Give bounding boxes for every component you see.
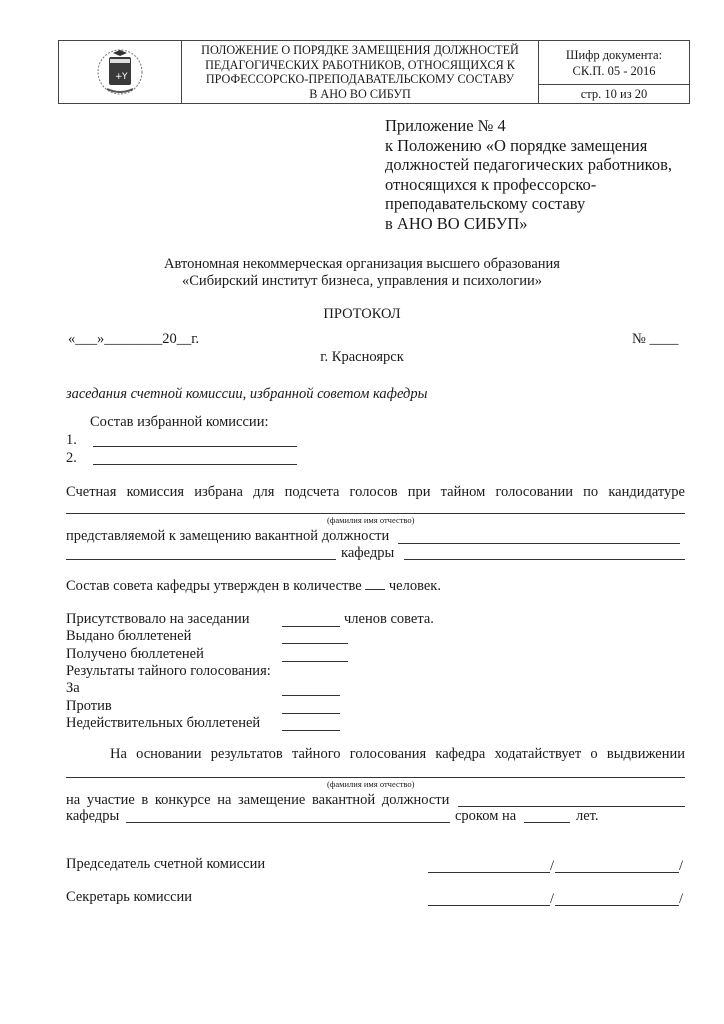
council-row-label: Получено бюллетеней [66, 646, 204, 663]
commission-member-number: 2. [66, 450, 77, 467]
council-count-field[interactable] [365, 588, 385, 590]
protocol-title: ПРОТОКОЛ [0, 306, 724, 323]
council-row-field[interactable] [282, 730, 340, 731]
department-field[interactable] [404, 559, 685, 560]
petition-department-field[interactable] [126, 822, 450, 823]
document-header: + Y ПОЛОЖЕНИЕ О ПОРЯДКЕ ЗАМЕЩЕНИЯ ДОЛЖНО… [58, 40, 690, 104]
position-field[interactable] [398, 543, 680, 544]
slash-separator: / [679, 891, 683, 908]
header-title-line: ПОЛОЖЕНИЕ О ПОРЯДКЕ ЗАМЕЩЕНИЯ ДОЛЖНОСТЕЙ [182, 43, 538, 58]
department-label: кафедры [341, 545, 394, 562]
header-title-line: ПРОФЕССОРСКО-ПРЕПОДАВАТЕЛЬСКОМУ СОСТАВУ [182, 72, 538, 87]
chairman-signature-field[interactable] [428, 872, 550, 873]
appendix-line: к Положению «О порядке замещения [385, 136, 672, 156]
council-row-label: Результаты тайного голосования: [66, 663, 271, 680]
commission-member-2-field[interactable] [93, 464, 297, 465]
appendix-line: должностей педагогических работников, [385, 155, 672, 175]
council-sentence-start: Состав совета кафедры утвержден в количе… [66, 578, 362, 594]
protocol-date-field[interactable]: «___»________20__г. [68, 331, 199, 348]
term-label: сроком на [455, 808, 516, 825]
council-row-field[interactable] [282, 661, 348, 662]
position-extra-field[interactable] [66, 559, 336, 560]
slash-separator: / [550, 858, 554, 875]
council-row-label: Против [66, 698, 112, 715]
logo-cell: + Y [59, 41, 182, 103]
header-title-line: ПЕДАГОГИЧЕСКИХ РАБОТНИКОВ, ОТНОСЯЩИХСЯ К [182, 58, 538, 73]
secretary-name-field[interactable] [555, 905, 679, 906]
slash-separator: / [679, 858, 683, 875]
secretary-signature-field[interactable] [428, 905, 550, 906]
election-sentence: Счетная комиссия избрана для подсчета го… [66, 484, 685, 501]
petition-sentence: На основании результатов тайного голосов… [66, 746, 685, 763]
organization-line-2: «Сибирский институт бизнеса, управления … [0, 273, 724, 290]
code-label: Шифр документа: [539, 47, 689, 63]
position-label: представляемой к замещению вакантной дол… [66, 528, 389, 545]
commission-member-number: 1. [66, 432, 77, 449]
code-value: СК.П. 05 - 2016 [539, 63, 689, 79]
contest-label: на участие в конкурсе на замещение вакан… [66, 792, 449, 809]
protocol-number-field[interactable]: № ____ [632, 331, 678, 348]
header-title: ПОЛОЖЕНИЕ О ПОРЯДКЕ ЗАМЕЩЕНИЯ ДОЛЖНОСТЕЙ… [182, 41, 539, 103]
slash-separator: / [550, 891, 554, 908]
council-row-suffix: членов совета. [344, 611, 434, 628]
council-row-field[interactable] [282, 695, 340, 696]
appendix-line: преподавательскому составу [385, 194, 672, 214]
nominee-fio-hint: (фамилия имя отчество) [327, 779, 414, 789]
term-years-field[interactable] [524, 822, 570, 823]
page-number: стр. 10 из 20 [539, 85, 689, 103]
appendix-line: Приложение № 4 [385, 116, 672, 136]
candidate-fio-field[interactable] [66, 513, 685, 514]
council-row-field[interactable] [282, 713, 340, 714]
header-title-line: В АНО ВО СИБУП [182, 87, 538, 102]
appendix-line: относящихся к профессорско- [385, 175, 672, 195]
chairman-name-field[interactable] [555, 872, 679, 873]
organization-line-1: Автономная некоммерческая организация вы… [0, 256, 724, 273]
council-sentence-end: человек. [389, 578, 441, 594]
council-row-label: Выдано бюллетеней [66, 628, 191, 645]
commission-label: Состав избранной комиссии: [90, 414, 268, 431]
nominee-fio-field[interactable] [66, 777, 685, 778]
years-label: лет. [576, 808, 599, 825]
protocol-city: г. Красноярск [0, 349, 724, 366]
svg-text:Y: Y [121, 72, 128, 82]
candidate-fio-hint: (фамилия имя отчество) [327, 515, 414, 525]
council-row-field[interactable] [282, 626, 340, 627]
petition-department-label: кафедры [66, 808, 119, 825]
chairman-label: Председатель счетной комиссии [66, 856, 265, 873]
appendix-note: Приложение № 4 к Положению «О порядке за… [385, 116, 672, 233]
council-row-label: Присутствовало на заседании [66, 611, 250, 628]
code-cell: Шифр документа: СК.П. 05 - 2016 стр. 10 … [539, 41, 689, 103]
university-emblem-icon: + Y [85, 45, 155, 99]
protocol-subtitle: заседания счетной комиссии, избранной со… [66, 386, 427, 403]
contest-position-field[interactable] [458, 806, 685, 807]
secretary-label: Секретарь комиссии [66, 889, 192, 906]
council-sentence: Состав совета кафедры утвержден в количе… [66, 578, 441, 595]
commission-member-1-field[interactable] [93, 446, 297, 447]
document-code: Шифр документа: СК.П. 05 - 2016 [539, 41, 689, 85]
appendix-line: в АНО ВО СИБУП» [385, 214, 672, 234]
council-row-label: Недействительных бюллетеней [66, 715, 260, 732]
council-row-field[interactable] [282, 643, 348, 644]
council-row-label: За [66, 680, 80, 697]
